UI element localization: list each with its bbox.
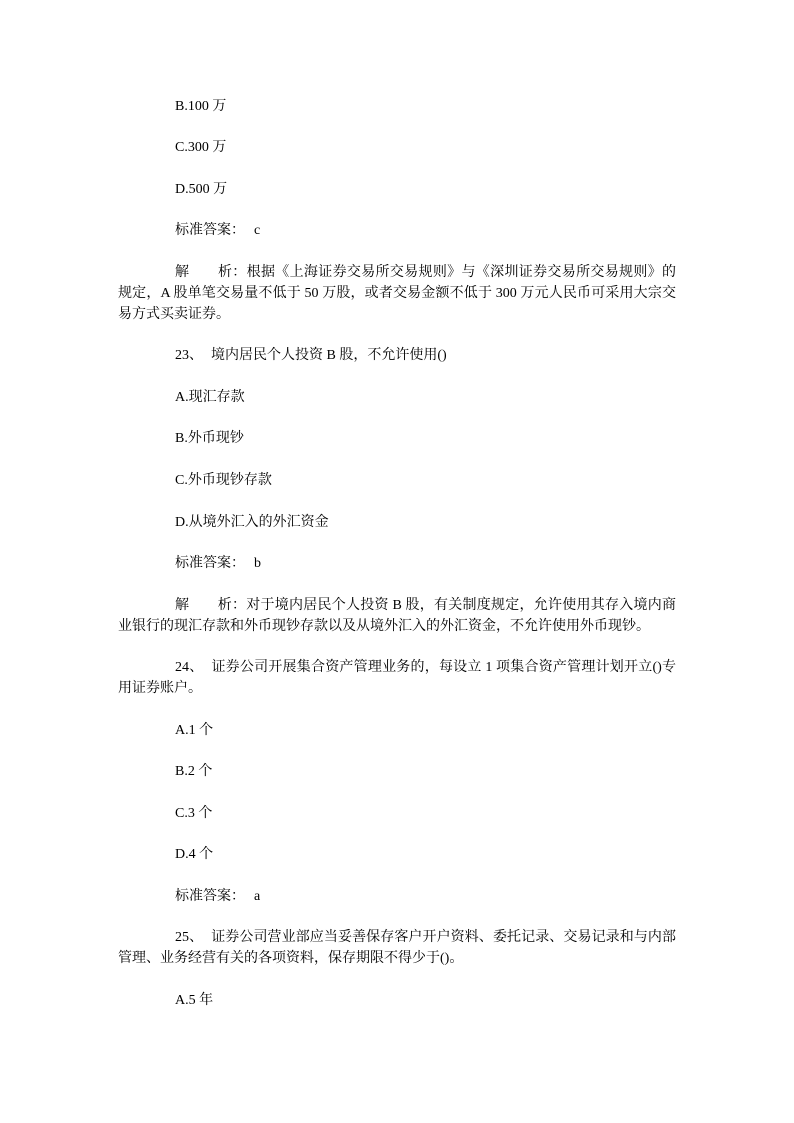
analysis-text: 对于境内居民个人投资 B 股，有关制度规定，允许使用其存入境内商 xyxy=(246,598,676,613)
question-23-stem: 23、境内居民个人投资 B 股，不允许使用() xyxy=(118,346,676,367)
question-22-analysis: 解 析：根据《上海证券交易所交易规则》与《深圳证券交易所交易规则》的 规定，A … xyxy=(118,263,676,325)
question-24-option-c: C.3 个 xyxy=(118,804,676,825)
question-23-standard-answer: 标准答案：b xyxy=(118,554,676,575)
answer-value: a xyxy=(254,889,260,904)
answer-label: 标准答案： xyxy=(175,223,245,238)
question-text: 证券公司营业部应当妥善保存客户开户资料、委托记录、交易记录和与内部 xyxy=(211,930,676,945)
answer-label: 标准答案： xyxy=(175,889,245,904)
question-24-standard-answer: 标准答案：a xyxy=(118,887,676,908)
question-number: 25、 xyxy=(175,930,203,945)
question-22-option-b: B.100 万 xyxy=(118,97,676,118)
answer-value: c xyxy=(254,223,260,238)
question-23-option-d: D.从境外汇入的外汇资金 xyxy=(118,513,676,534)
analysis-label: 解 析： xyxy=(175,598,246,613)
question-text: 用证券账户。 xyxy=(118,679,676,700)
question-23-option-b: B.外币现钞 xyxy=(118,429,676,450)
question-24-option-b: B.2 个 xyxy=(118,762,676,783)
question-24-option-d: D.4 个 xyxy=(118,845,676,866)
analysis-text: 易方式买卖证券。 xyxy=(118,305,676,326)
answer-label: 标准答案： xyxy=(175,556,245,571)
question-22-option-d: D.500 万 xyxy=(118,180,676,201)
question-22-option-c: C.300 万 xyxy=(118,138,676,159)
question-22-standard-answer: 标准答案：c xyxy=(118,221,676,242)
question-number: 23、 xyxy=(175,348,203,363)
document-page: B.100 万 C.300 万 D.500 万 标准答案：c 解 析：根据《上海… xyxy=(0,0,794,1123)
question-23-option-c: C.外币现钞存款 xyxy=(118,471,676,492)
document-body: B.100 万 C.300 万 D.500 万 标准答案：c 解 析：根据《上海… xyxy=(118,97,676,1033)
question-24-option-a: A.1 个 xyxy=(118,721,676,742)
question-text: 境内居民个人投资 B 股，不允许使用() xyxy=(211,348,447,363)
question-25-stem: 25、证券公司营业部应当妥善保存客户开户资料、委托记录、交易记录和与内部 管理、… xyxy=(118,928,676,970)
analysis-text: 业银行的现汇存款和外币现钞存款以及从境外汇入的外汇资金，不允许使用外币现钞。 xyxy=(118,617,676,638)
question-25-option-a: A.5 年 xyxy=(118,991,676,1012)
question-text: 管理、业务经营有关的各项资料，保存期限不得少于()。 xyxy=(118,949,676,970)
answer-value: b xyxy=(254,556,261,571)
question-23-analysis: 解 析：对于境内居民个人投资 B 股，有关制度规定，允许使用其存入境内商 业银行… xyxy=(118,596,676,638)
question-24-stem: 24、证券公司开展集合资产管理业务的，每设立 1 项集合资产管理计划开立()专 … xyxy=(118,658,676,700)
analysis-text: 根据《上海证券交易所交易规则》与《深圳证券交易所交易规则》的 xyxy=(247,265,676,280)
analysis-label: 解 析： xyxy=(175,265,247,280)
question-number: 24、 xyxy=(175,660,203,675)
question-text: 证券公司开展集合资产管理业务的，每设立 1 项集合资产管理计划开立()专 xyxy=(211,660,676,675)
question-23-option-a: A.现汇存款 xyxy=(118,388,676,409)
analysis-text: 规定，A 股单笔交易量不低于 50 万股，或者交易金额不低于 300 万元人民币… xyxy=(118,284,676,305)
